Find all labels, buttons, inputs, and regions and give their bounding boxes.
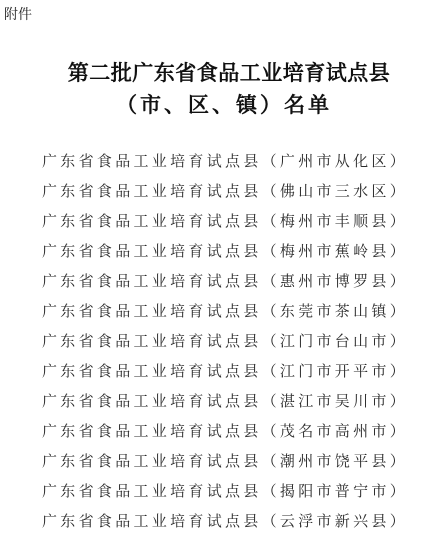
list-item: 广东省食品工业培育试点县（云浮市新兴县） bbox=[42, 510, 408, 540]
document-title-line-1: 第二批广东省食品工业培育试点县 bbox=[10, 57, 438, 87]
attachment-label: 附件 bbox=[4, 4, 32, 24]
document-title-line-2: （市、区、镇）名单 bbox=[5, 89, 438, 119]
list-item: 广东省食品工业培育试点县（江门市开平市） bbox=[42, 360, 408, 390]
list-item: 广东省食品工业培育试点县（茂名市高州市） bbox=[42, 420, 408, 450]
list-item: 广东省食品工业培育试点县（湛江市吴川市） bbox=[42, 390, 408, 420]
list-item: 广东省食品工业培育试点县（梅州市丰顺县） bbox=[42, 210, 408, 240]
list-item: 广东省食品工业培育试点县（东莞市茶山镇） bbox=[42, 300, 408, 330]
list-item: 广东省食品工业培育试点县（梅州市蕉岭县） bbox=[42, 240, 408, 270]
list-item: 广东省食品工业培育试点县（广州市从化区） bbox=[42, 150, 408, 180]
pilot-county-list: 广东省食品工业培育试点县（广州市从化区） 广东省食品工业培育试点县（佛山市三水区… bbox=[42, 150, 408, 540]
list-item: 广东省食品工业培育试点县（惠州市博罗县） bbox=[42, 270, 408, 300]
list-item: 广东省食品工业培育试点县（佛山市三水区） bbox=[42, 180, 408, 210]
list-item: 广东省食品工业培育试点县（江门市台山市） bbox=[42, 330, 408, 360]
list-item: 广东省食品工业培育试点县（揭阳市普宁市） bbox=[42, 480, 408, 510]
list-item: 广东省食品工业培育试点县（潮州市饶平县） bbox=[42, 450, 408, 480]
